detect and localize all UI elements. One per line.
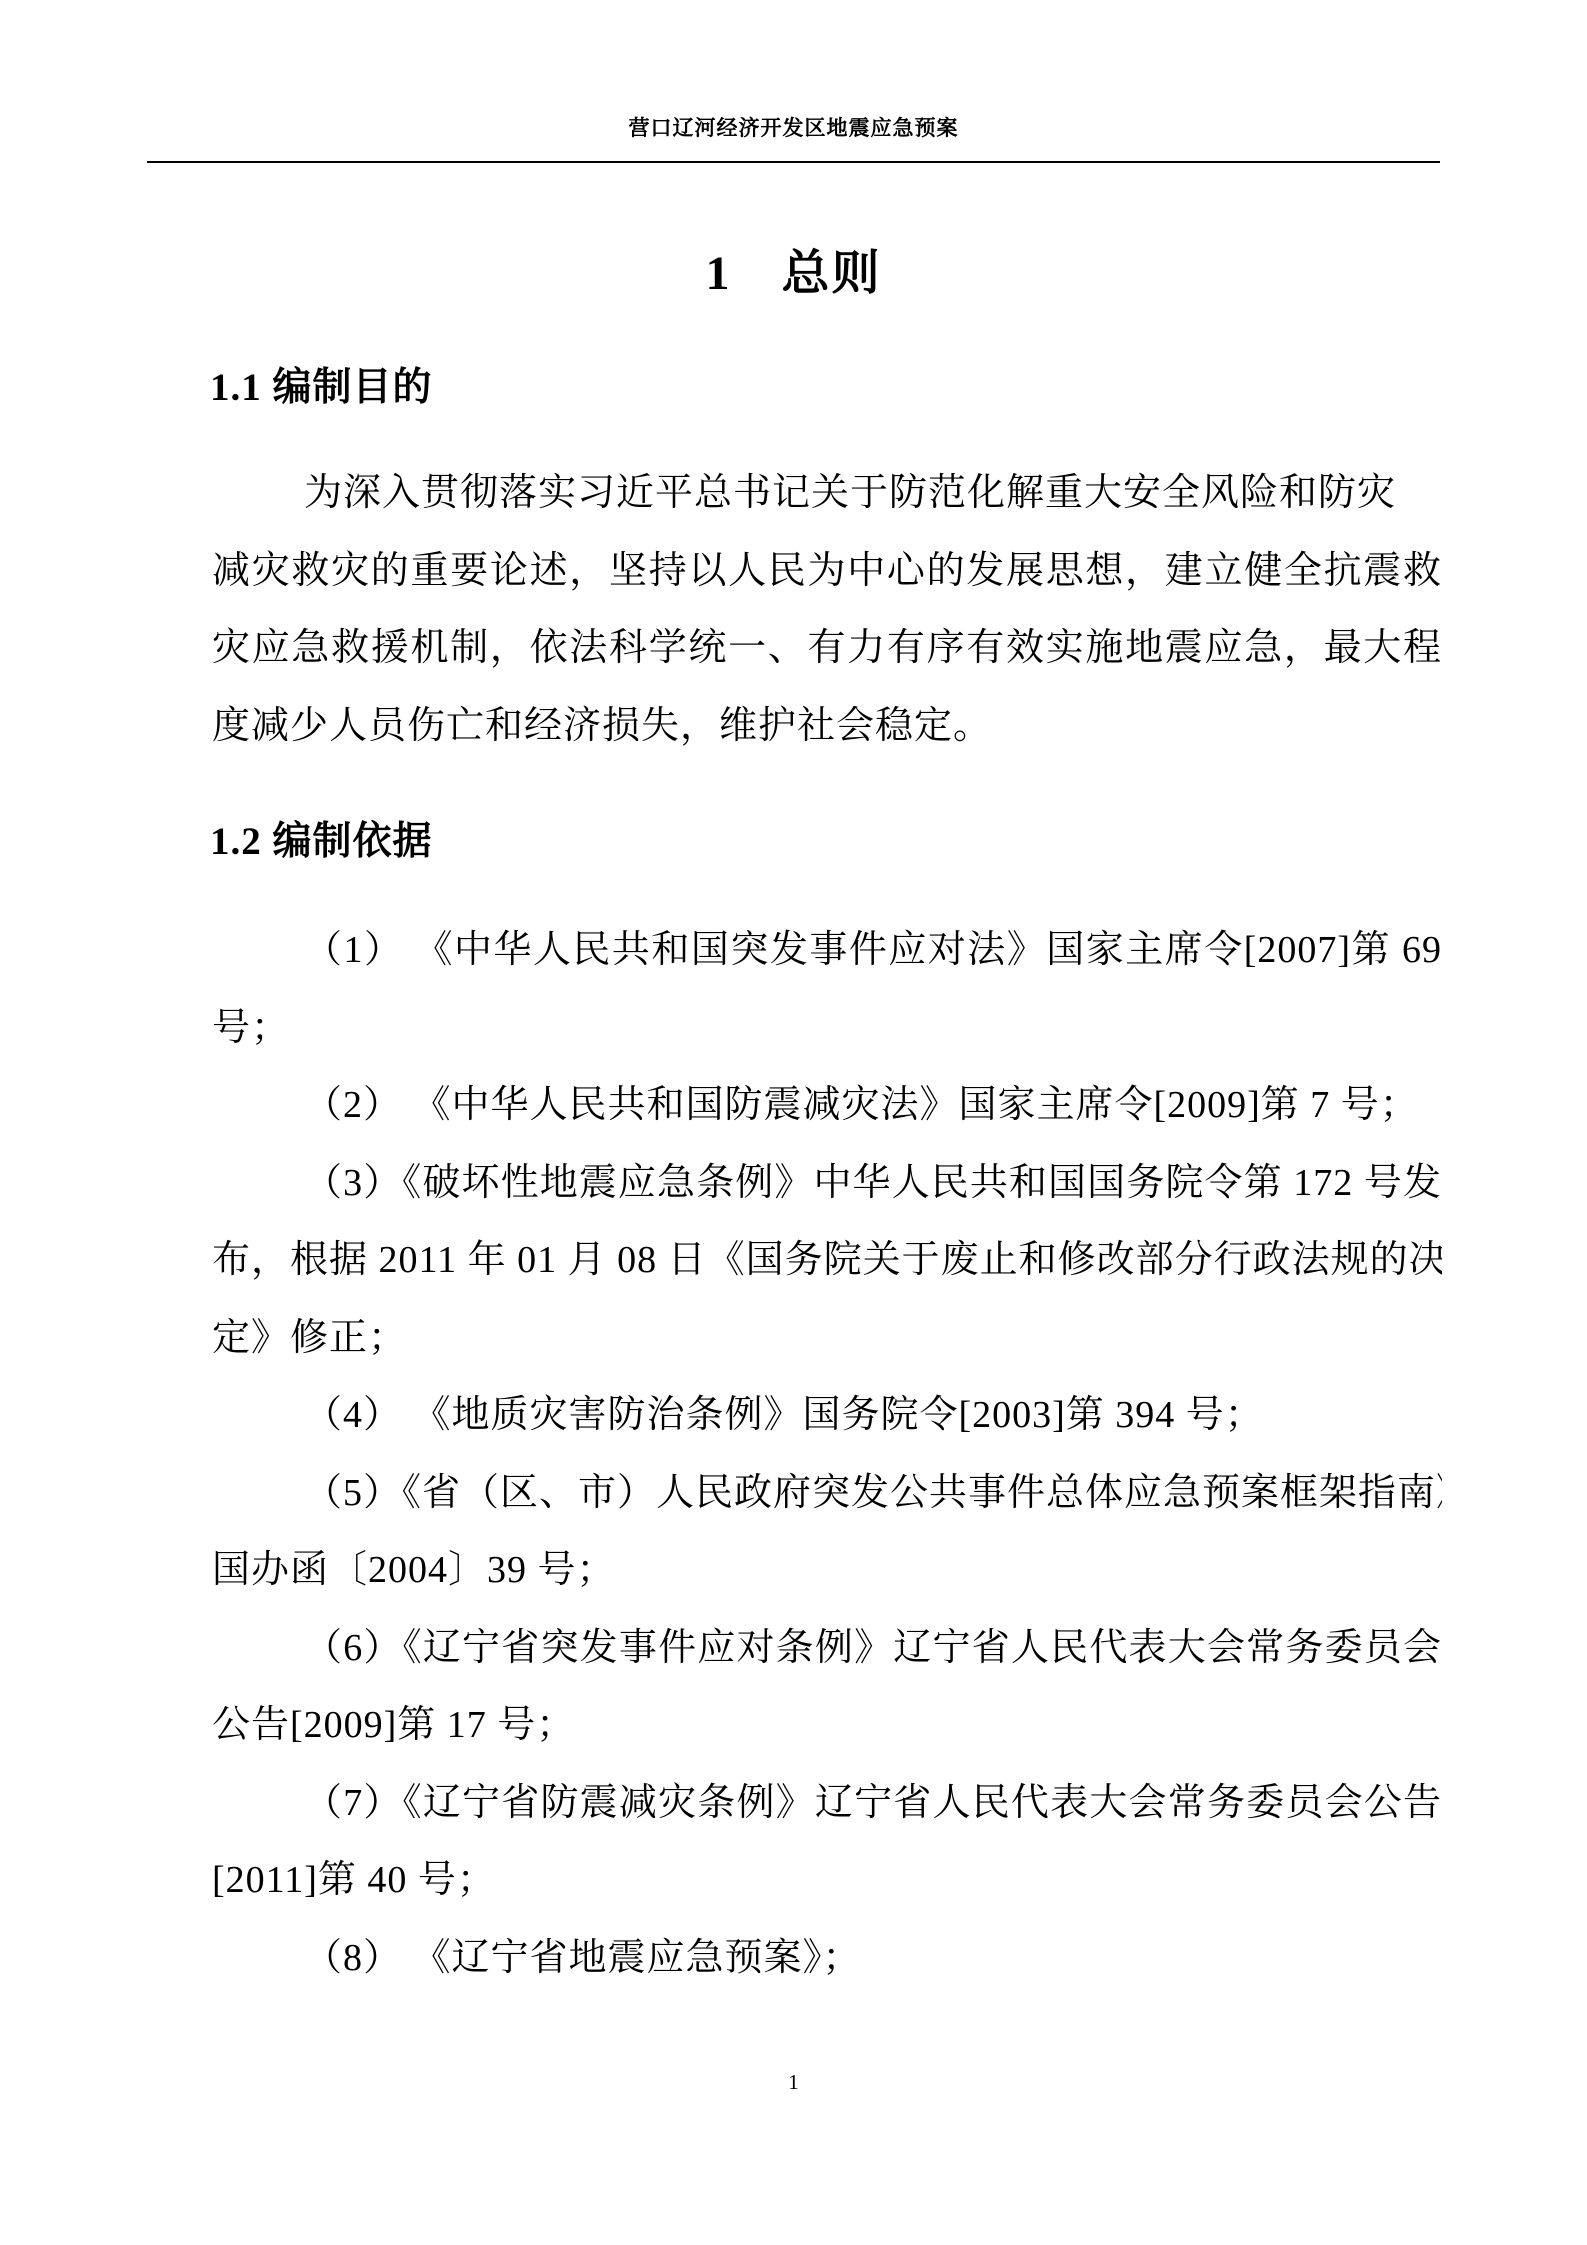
- list-item-line: （6）《辽宁省突发事件应对条例》辽宁省人民代表大会常务委员会: [212, 1610, 1442, 1688]
- page-header-title: 营口辽河经济开发区地震应急预案: [0, 112, 1587, 142]
- list-item-line: （3）《破坏性地震应急条例》中华人民共和国国务院令第 172 号发: [212, 1145, 1442, 1223]
- list-item-line: （5）《省（区、市）人民政府突发公共事件总体应急预案框架指南》: [212, 1455, 1442, 1533]
- list-item-line: 定》修正；: [212, 1300, 1442, 1378]
- document-page: 营口辽河经济开发区地震应急预案 1 总则 1.1 编制目的 为深入贯彻落实习近平…: [0, 0, 1587, 2245]
- list-item-line: （1） 《中华人民共和国突发事件应对法》国家主席令[2007]第 69: [212, 912, 1442, 990]
- text-line: 灾应急救援机制，依法科学统一、有力有序有效实施地震应急，最大程: [212, 610, 1442, 688]
- section-1-1-paragraph: 为深入贯彻落实习近平总书记关于防范化解重大安全风险和防灾 减灾救灾的重要论述，坚…: [212, 455, 1442, 765]
- list-item-line: [2011]第 40 号；: [212, 1842, 1442, 1920]
- section-1-2-list: （1） 《中华人民共和国突发事件应对法》国家主席令[2007]第 69 号； （…: [212, 912, 1442, 1997]
- text-line: 度减少人员伤亡和经济损失，维护社会稳定。: [212, 688, 1442, 766]
- list-item-line: （8） 《辽宁省地震应急预案》；: [212, 1920, 1442, 1998]
- list-item-line: （2） 《中华人民共和国防震减灾法》国家主席令[2009]第 7 号；: [212, 1067, 1442, 1145]
- list-item-line: （7）《辽宁省防震减灾条例》辽宁省人民代表大会常务委员会公告: [212, 1765, 1442, 1843]
- section-1-2-heading: 1.2 编制依据: [210, 810, 433, 866]
- section-1-1-heading: 1.1 编制目的: [210, 356, 433, 412]
- list-item-line: （4） 《地质灾害防治条例》国务院令[2003]第 394 号；: [212, 1377, 1442, 1455]
- chapter-title: 1 总则: [0, 234, 1587, 303]
- text-line: 为深入贯彻落实习近平总书记关于防范化解重大安全风险和防灾: [212, 455, 1442, 533]
- page-number: 1: [0, 2070, 1587, 2095]
- list-item-line: 布，根据 2011 年 01 月 08 日《国务院关于废止和修改部分行政法规的决: [212, 1222, 1442, 1300]
- list-item-line: 国办函〔2004〕39 号；: [212, 1532, 1442, 1610]
- header-rule: [147, 161, 1440, 163]
- list-item-line: 公告[2009]第 17 号；: [212, 1687, 1442, 1765]
- text-line: 减灾救灾的重要论述，坚持以人民为中心的发展思想，建立健全抗震救: [212, 533, 1442, 611]
- list-item-line: 号；: [212, 990, 1442, 1068]
